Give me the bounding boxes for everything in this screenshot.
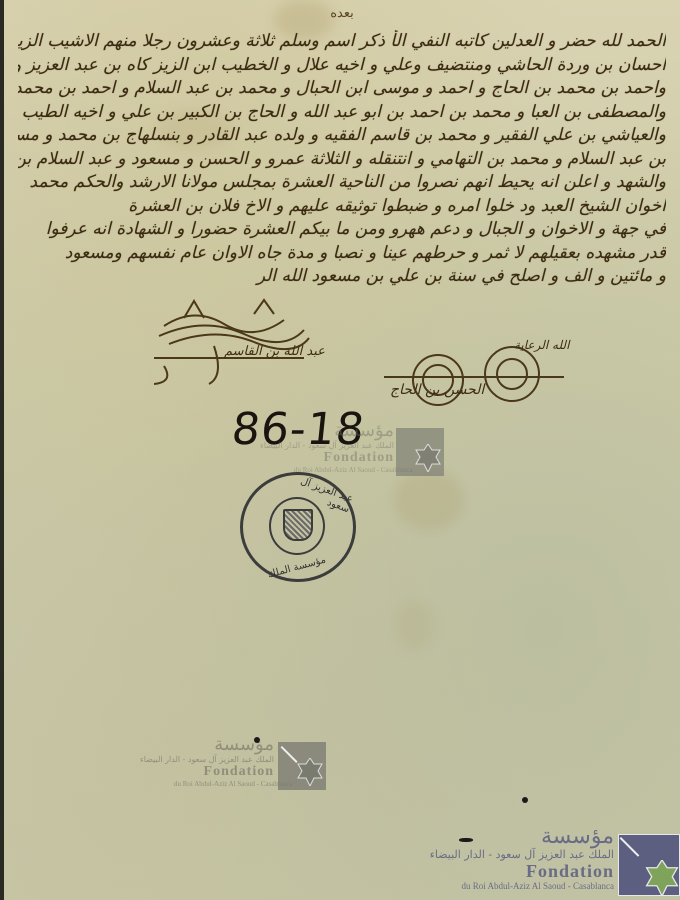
watermark-arabic-subtitle: الملك عبد العزيز آل سعود - الدار البيضاء xyxy=(434,848,614,862)
foundation-logo-solid-icon xyxy=(618,834,680,896)
right-witness-name: الحسن بن الحاج xyxy=(390,382,484,398)
paper-stain xyxy=(394,600,434,650)
text-line: في جهة و الاخوان و الجبال و دعم ههرو ومن… xyxy=(18,218,666,242)
text-line: و مائتين و الف و اصلح في سنة بن علي بن م… xyxy=(18,265,666,289)
text-line: قدر مشهده بعقيلهم لا ثمر و حرطهم عينا و … xyxy=(18,242,666,266)
watermark-arabic-title: مؤسسة xyxy=(434,826,614,848)
text-line: والمصطفى بن العبا و محمد بن احمد بن ابو … xyxy=(18,101,666,125)
watermark-french-subtitle: du Roi Abdul-Aziz Al Saoud - Casablanca xyxy=(404,880,614,892)
witness-seal-ring xyxy=(496,358,528,390)
stamp-shield-emblem-icon xyxy=(283,509,313,541)
foundation-logo-medium-icon xyxy=(278,742,326,790)
watermark-french-title: Fondation xyxy=(294,450,394,466)
watermark-arabic-subtitle: الملك عبد العزيز آل سعود - الدار البيضاء xyxy=(294,441,394,450)
watermark-bottom-right: مؤسسة الملك عبد العزيز آل سعود - الدار ا… xyxy=(434,826,614,892)
watermark-french-title: Fondation xyxy=(174,764,274,780)
stamp-inner-ring xyxy=(269,497,325,555)
text-line: الحمد لله حضر و العدلين كاتبه النفي الأ … xyxy=(18,30,666,54)
watermark-arabic-title: مؤسسة xyxy=(294,420,394,441)
ink-mark xyxy=(459,838,473,842)
watermark-center: مؤسسة الملك عبد العزيز آل سعود - الدار ا… xyxy=(294,420,394,474)
ink-dot xyxy=(254,737,260,743)
text-line: واحمد بن محمد بن الحاج و احمد و موسى ابن… xyxy=(18,77,666,101)
text-line: اخوان الشيخ العبد ود خلوا امره و ضبطوا ت… xyxy=(18,195,666,219)
text-line: والشهد و اعلن انه يحيط انهم نصروا من الن… xyxy=(18,171,666,195)
text-line: بن عبد السلام و محمد بن التهامي و انتنقل… xyxy=(18,148,666,172)
watermark-arabic-subtitle: الملك عبد العزيز آل سعود - الدار البيضاء xyxy=(174,755,274,764)
left-witness-name: عبد الله بن القاسم xyxy=(224,344,325,359)
signatures-area: عبد الله بن القاسم الحسن بن الحاج الله ا… xyxy=(154,296,574,386)
watermark-french-subtitle: du Roi Abdul-Aziz Al Saoud - Casablanca xyxy=(174,780,280,788)
foundation-logo-faint-icon xyxy=(396,428,444,476)
manuscript-page: بعده الحمد لله حضر و العدلين كاتبه النفي… xyxy=(4,0,680,900)
paper-stain xyxy=(394,470,464,530)
text-line: والعياشي بن علي الفقير و محمد بن قاسم ال… xyxy=(18,124,666,148)
left-signature-flourish-icon xyxy=(154,296,314,386)
document-header-mark: بعده xyxy=(4,6,680,21)
text-line: احسان بن وردة الحاشي ومنتضيف وعلي و اخيه… xyxy=(18,54,666,78)
watermark-french-title: Fondation xyxy=(434,862,614,880)
right-witness-label: الله الرعاية xyxy=(514,338,569,352)
signature-stroke xyxy=(384,376,564,378)
stamp-bottom-text: مؤسسة الملك xyxy=(267,554,328,580)
ink-dot xyxy=(522,797,528,803)
manuscript-body-text: الحمد لله حضر و العدلين كاتبه النفي الأ … xyxy=(18,30,666,289)
official-round-stamp: عبد العزيز آل سعود مؤسسة الملك xyxy=(240,472,356,582)
